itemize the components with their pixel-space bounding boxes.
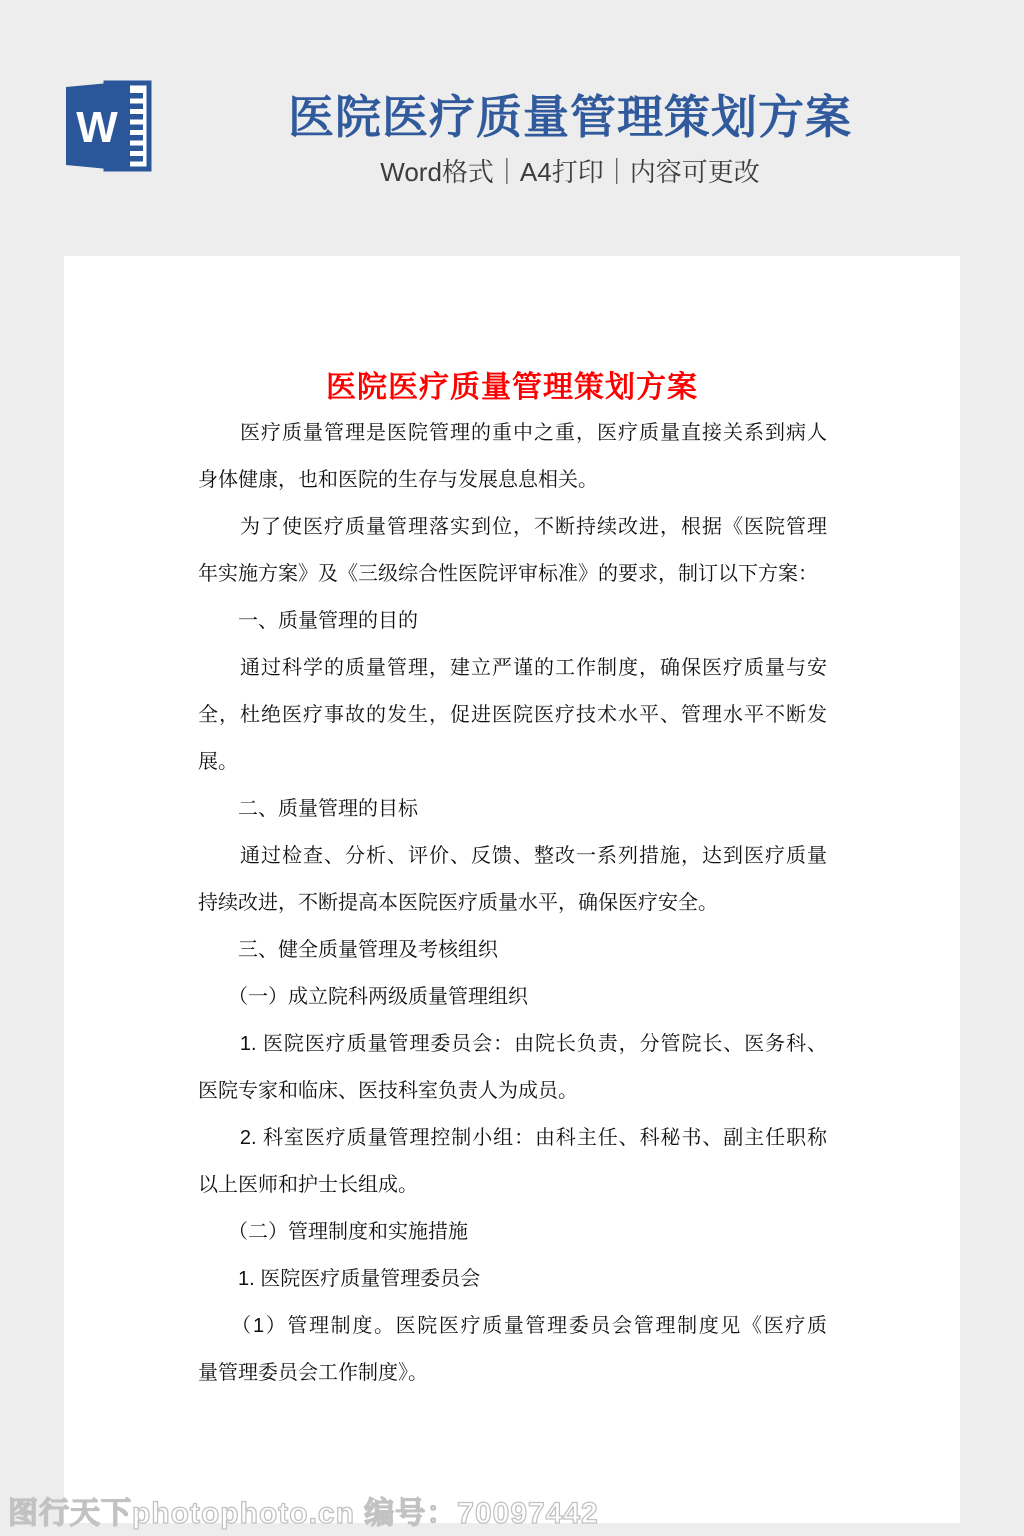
doc-line: （1）管理制度。医院医疗质量管理委员会管理制度见《医疗质 bbox=[198, 1303, 827, 1350]
doc-line: 展。 bbox=[198, 739, 827, 786]
doc-line: 通过科学的质量管理，建立严谨的工作制度，确保医疗质量与安 bbox=[198, 645, 827, 692]
doc-line: 年实施方案》及《三级综合性医院评审标准》的要求，制订以下方案： bbox=[198, 551, 827, 598]
header-subtitle: Word格式｜A4打印｜内容可更改 bbox=[155, 157, 985, 187]
doc-line: （二）管理制度和实施措施 bbox=[198, 1209, 827, 1256]
header-title: 医院医疗质量管理策划方案 bbox=[155, 92, 985, 142]
doc-line: 二、质量管理的目标 bbox=[198, 786, 827, 833]
doc-line: 2. 科室医疗质量管理控制小组：由科主任、科秘书、副主任职称 bbox=[198, 1115, 827, 1162]
header-text-block: 医院医疗质量管理策划方案 Word格式｜A4打印｜内容可更改 bbox=[155, 92, 985, 187]
doc-line: 医院专家和临床、医技科室负责人为成员。 bbox=[198, 1068, 827, 1115]
doc-body: 医疗质量管理是医院管理的重中之重，医疗质量直接关系到病人身体健康，也和医院的生存… bbox=[198, 410, 827, 1397]
doc-line: 三、健全质量管理及考核组织 bbox=[198, 927, 827, 974]
document-page: 医院医疗质量管理策划方案 医疗质量管理是医院管理的重中之重，医疗质量直接关系到病… bbox=[64, 256, 960, 1523]
doc-line: 一、质量管理的目的 bbox=[198, 598, 827, 645]
doc-line: 量管理委员会工作制度》。 bbox=[198, 1350, 827, 1397]
doc-title: 医院医疗质量管理策划方案 bbox=[64, 371, 960, 405]
doc-line: 通过检查、分析、评价、反馈、整改一系列措施，达到医疗质量 bbox=[198, 833, 827, 880]
word-icon: W bbox=[66, 80, 152, 172]
doc-line: 身体健康，也和医院的生存与发展息息相关。 bbox=[198, 457, 827, 504]
doc-line: 全，杜绝医疗事故的发生，促进医院医疗技术水平、管理水平不断发 bbox=[198, 692, 827, 739]
watermark-text: 图行天下photophoto.cn 编号：70097442 bbox=[8, 1488, 599, 1532]
doc-line: （一）成立院科两级质量管理组织 bbox=[198, 974, 827, 1021]
doc-line: 医疗质量管理是医院管理的重中之重，医疗质量直接关系到病人 bbox=[198, 410, 827, 457]
doc-line: 以上医师和护士长组成。 bbox=[198, 1162, 827, 1209]
svg-text:W: W bbox=[76, 103, 118, 152]
doc-line: 持续改进，不断提高本医院医疗质量水平，确保医疗安全。 bbox=[198, 880, 827, 927]
doc-line: 1. 医院医疗质量管理委员会 bbox=[198, 1256, 827, 1303]
doc-line: 为了使医疗质量管理落实到位，不断持续改进，根据《医院管理 bbox=[198, 504, 827, 551]
doc-line: 1. 医院医疗质量管理委员会：由院长负责，分管院长、医务科、 bbox=[198, 1021, 827, 1068]
template-header: W 医院医疗质量管理策划方案 Word格式｜A4打印｜内容可更改 bbox=[0, 0, 1024, 256]
